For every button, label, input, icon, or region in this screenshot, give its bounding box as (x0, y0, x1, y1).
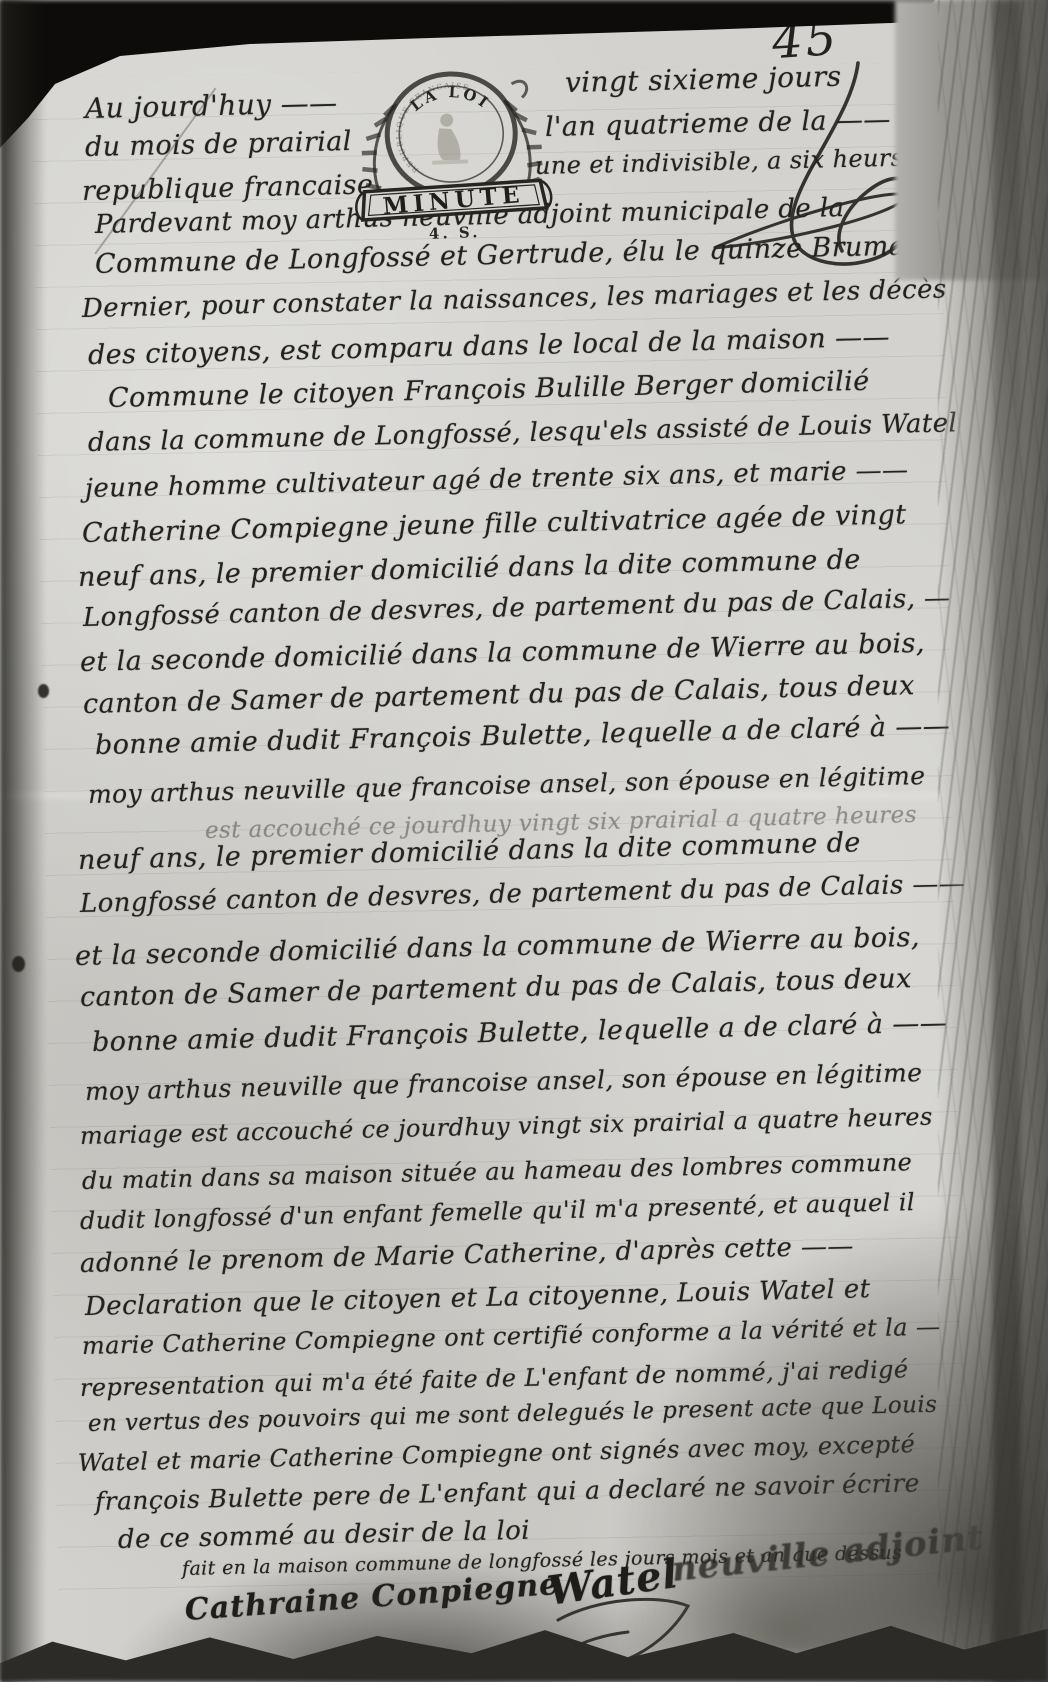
manuscript-line-33: marie Catherine Compiegne ont certifié c… (82, 1313, 941, 1360)
minute-stamp: LA LOI REPUBLIQUE FRANCAISE MINUTE 4. S. (325, 50, 580, 263)
manuscript-line-12: dans la commune de Longfossé, lesqu'els … (88, 408, 958, 458)
manuscript-line-14: Catherine Compiegne jeune fille cultivat… (82, 499, 907, 549)
manuscript-line-24: et la seconde domicilié dans la commune … (75, 922, 920, 972)
manuscript-line-28: mariage est accouché ce jourdhuy vingt s… (80, 1103, 933, 1150)
stamp-banner: MINUTE (355, 176, 552, 225)
seated-figure-icon (431, 113, 469, 165)
manuscript-line-30: dudit longfossé d'un enfant femelle qu'i… (80, 1188, 916, 1235)
manuscript-line-36: Watel et marie Catherine Compiegne ont s… (78, 1430, 916, 1477)
scan-edge-bottom (0, 1610, 1048, 1682)
manuscript-line-27: moy arthus neuville que francoise ansel,… (85, 1058, 923, 1106)
manuscript-line-29: du matin dans sa maison située au hameau… (82, 1148, 913, 1195)
manuscript-line-23: Longfossé canton de desvres, de partemen… (80, 869, 966, 919)
manuscript-line-32: Declaration que le citoyen et La citoyen… (85, 1274, 871, 1322)
manuscript-line-13: jeune homme cultivateur agé de trente si… (85, 455, 909, 504)
manuscript-line-26: bonne amie dudit François Bulette, leque… (92, 1008, 948, 1058)
manuscript-line-20: moy arthus neuville que francoise ansel,… (88, 761, 926, 809)
manuscript-line-37: françois Bulette pere de L'enfant qui a … (95, 1468, 920, 1516)
manuscript-line-11: Commune le citoyen François Bulille Berg… (108, 366, 870, 414)
manuscript-line-17: et la seconde domicilié dans la commune … (80, 628, 925, 678)
manuscript-line-25: canton de Samer de partement du pas de C… (80, 963, 912, 1013)
archival-document-scan: Au jourd'huy ——vingt sixieme joursdu moi… (0, 0, 1048, 1682)
manuscript-line-31: adonné le prenom de Marie Catherine, d'a… (80, 1231, 854, 1279)
manuscript-line-38: de ce sommé au desir de la loi (118, 1516, 531, 1555)
manuscript-line-19: bonne amie dudit François Bulette, leque… (95, 711, 951, 761)
stamp-sub-label: 4. S. (429, 223, 481, 243)
manuscript-line-3: du mois de prairial (85, 126, 352, 163)
manuscript-line-9: Dernier, pour constater la naissances, l… (82, 274, 947, 324)
manuscript-line-15: neuf ans, le premier domicilié dans la d… (78, 544, 861, 593)
book-binding-edge (938, 0, 1048, 1682)
scan-edge-left (0, 0, 46, 1682)
manuscript-line-18: canton de Samer de partement du pas de C… (83, 670, 915, 720)
manuscript-line-10: des citoyens, est comparu dans le local … (88, 322, 891, 371)
manuscript-line-16: Longfossé canton de desvres, de partemen… (83, 583, 951, 633)
binding-shadow (993, 0, 1021, 1682)
manuscript-line-4: l'an quatrieme de la —— (545, 104, 891, 143)
